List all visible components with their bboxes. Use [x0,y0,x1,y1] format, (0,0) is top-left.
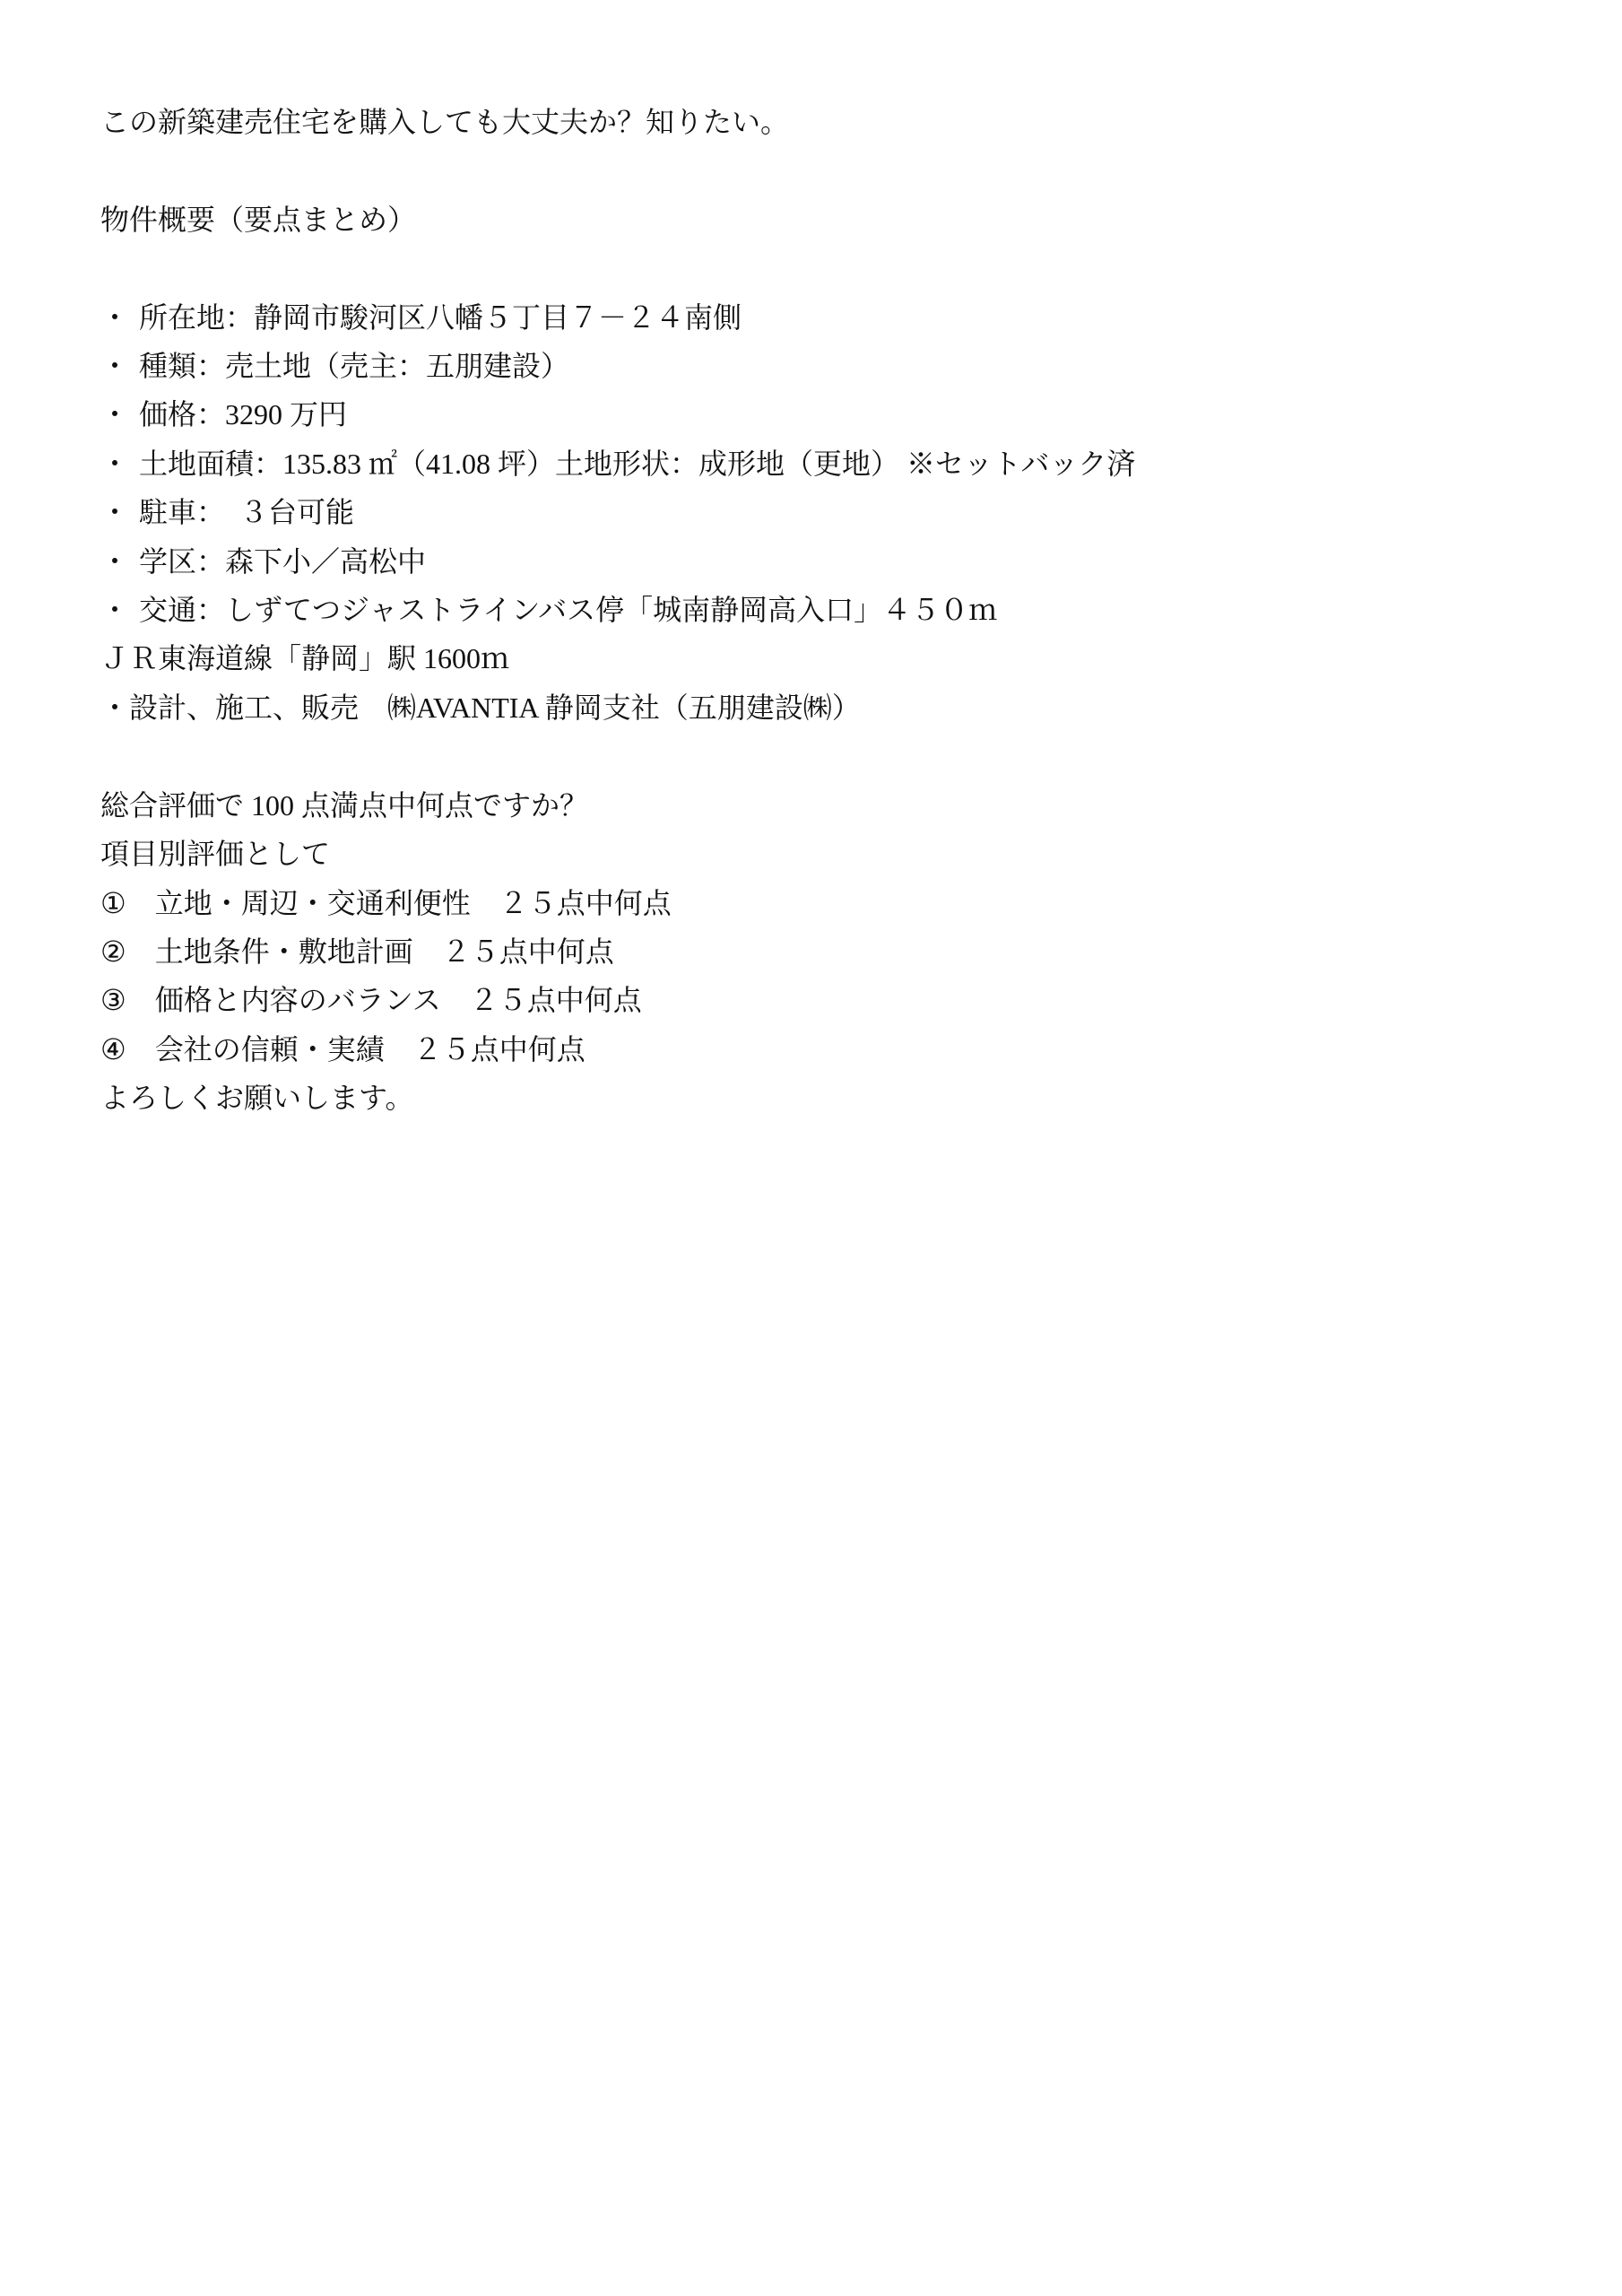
bullet-icon: ・ [100,342,139,390]
bullet-line: ・学区：森下小／高松中 [100,537,1568,586]
numbered-line: ③ 価格と内容のバランス ２５点中何点 [100,976,1568,1024]
paragraph-line: よろしくお願いします。 [100,1074,1568,1122]
line-text: 項目別評価として [100,838,330,870]
bullet-icon: ・ [100,586,139,634]
line-text: ・設計、施工、販売 ㈱AVANTIA 静岡支社（五朋建設㈱） [100,691,861,724]
bullet-line: ・交通：しずてつジャストラインバス停「城南静岡高入口」４５０ｍ [100,586,1568,634]
circled-number-icon: ② [100,927,155,976]
line-text: この新築建売住宅を購入しても大丈夫か？知りたい。 [100,106,789,138]
bullet-icon: ・ [100,293,139,342]
circled-number-icon: ③ [100,976,155,1024]
paragraph-line: 総合評価で 100 点満点中何点ですか？ [100,781,1568,830]
line-text: 所在地：静岡市駿河区八幡５丁目７－２４南側 [139,301,742,334]
paragraph-line: 項目別評価として [100,830,1568,878]
bullet-line: ・種類：売土地（売主：五朋建設） [100,342,1568,390]
document-body: この新築建売住宅を購入しても大丈夫か？知りたい。 物件概要（要点まとめ） ・所在… [0,0,1622,1123]
line-text: 土地条件・敷地計画 ２５点中何点 [155,935,614,968]
bullet-line: ・土地面積：135.83 ㎡（41.08 坪）土地形状：成形地（更地） ※セット… [100,439,1568,488]
bullet-line: ・所在地：静岡市駿河区八幡５丁目７－２４南側 [100,293,1568,342]
line-text: 土地面積：135.83 ㎡（41.08 坪）土地形状：成形地（更地） ※セットバ… [139,448,1135,480]
line-text [100,740,108,772]
blank-line [100,146,1568,195]
paragraph-line: 物件概要（要点まとめ） [100,196,1568,244]
line-text: 総合評価で 100 点満点中何点ですか？ [100,789,588,822]
line-text: 物件概要（要点まとめ） [100,204,416,236]
bullet-icon: ・ [100,439,139,488]
bullet-icon: ・ [100,390,139,439]
line-text: 価格と内容のバランス ２５点中何点 [155,984,642,1016]
circled-number-icon: ① [100,879,155,927]
numbered-line: ② 土地条件・敷地計画 ２５点中何点 [100,927,1568,976]
line-text [100,154,108,187]
paragraph-line: ＪＲ東海道線「静岡」駅 1600ｍ [100,634,1568,683]
line-text: ＪＲ東海道線「静岡」駅 1600ｍ [100,642,509,674]
line-text: 駐車： ３台可能 [139,496,354,528]
blank-line [100,244,1568,292]
line-text: 学区：森下小／高松中 [139,545,426,578]
line-text: 立地・周辺・交通利便性 ２５点中何点 [155,887,672,919]
line-text [100,252,108,284]
line-text: 交通：しずてつジャストラインバス停「城南静岡高入口」４５０ｍ [139,594,997,626]
line-text: 会社の信頼・実績 ２５点中何点 [155,1033,585,1065]
line-text: よろしくお願いします。 [100,1082,413,1114]
document-page: この新築建売住宅を購入しても大丈夫か？知りたい。 物件概要（要点まとめ） ・所在… [0,0,1622,2296]
bullet-line: ・駐車： ３台可能 [100,488,1568,536]
circled-number-icon: ④ [100,1025,155,1074]
paragraph-line: この新築建売住宅を購入しても大丈夫か？知りたい。 [100,98,1568,146]
bullet-icon: ・ [100,537,139,586]
numbered-line: ① 立地・周辺・交通利便性 ２５点中何点 [100,879,1568,927]
line-text: 種類：売土地（売主：五朋建設） [139,350,569,382]
blank-line [100,732,1568,780]
bullet-icon: ・ [100,488,139,536]
bullet-line: ・価格：3290 万円 [100,390,1568,439]
paragraph-line: ・設計、施工、販売 ㈱AVANTIA 静岡支社（五朋建設㈱） [100,683,1568,732]
numbered-line: ④ 会社の信頼・実績 ２５点中何点 [100,1025,1568,1074]
line-text: 価格：3290 万円 [139,398,347,430]
